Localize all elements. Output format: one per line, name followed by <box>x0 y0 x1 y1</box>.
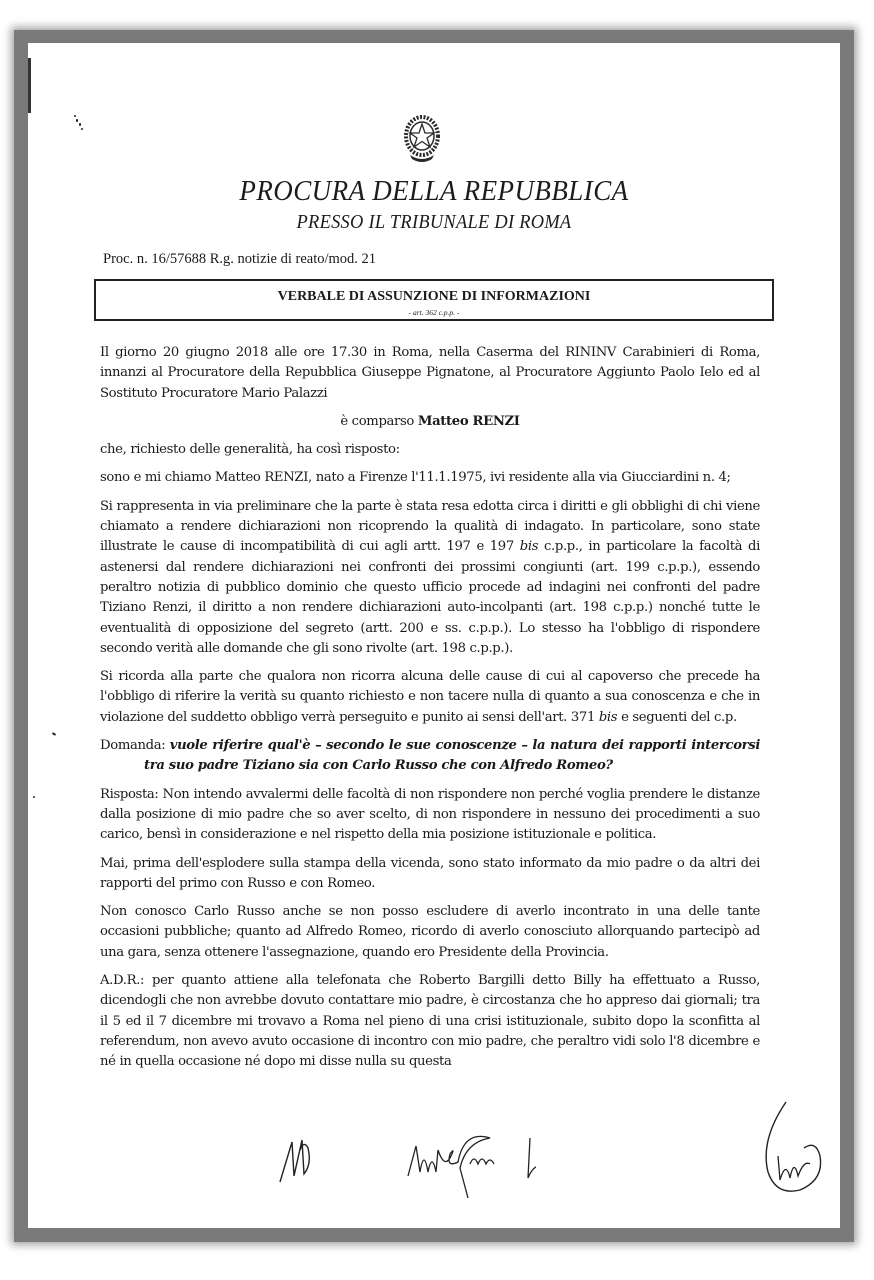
scan-speck <box>33 796 35 798</box>
generalities-prompt: che, richiesto delle generalità, ha così… <box>100 440 760 460</box>
reminder-paragraph: Si ricorda alla parte che qualora non ri… <box>100 667 760 728</box>
document-body: Il giorno 20 giugno 2018 alle ore 17.30 … <box>100 343 760 1081</box>
answer-paragraph-1: Risposta: Non intendo avvalermi delle fa… <box>100 785 760 846</box>
scan-edge-mark <box>28 58 31 113</box>
appeared-prefix: è comparso <box>340 414 417 429</box>
reminder-bis: bis <box>599 710 617 725</box>
record-title: VERBALE DI ASSUNZIONE DI INFORMAZIONI <box>96 289 772 305</box>
document-page: PROCURA DELLA REPUBBLICA PRESSO IL TRIBU… <box>28 43 840 1228</box>
reminder-text-2: e seguenti del c.p. <box>617 710 737 725</box>
intro-paragraph: Il giorno 20 giugno 2018 alle ore 17.30 … <box>100 343 760 404</box>
office-title: PROCURA DELLA REPUBBLICA <box>56 175 811 208</box>
signature-circled-initials-icon <box>758 1100 828 1200</box>
question-paragraph: Domanda: vuole riferire qual'è – secondo… <box>100 736 760 777</box>
rights-paragraph: Si rappresenta in via preliminare che la… <box>100 497 760 659</box>
proceeding-number: Proc. n. 16/57688 R.g. notizie di reato/… <box>103 251 376 268</box>
appeared-name: Matteo RENZI <box>418 414 520 429</box>
office-subtitle: PRESSO IL TRIBUNALE DI ROMA <box>60 211 807 234</box>
scan-speck <box>74 115 76 117</box>
italian-republic-emblem-icon <box>402 113 442 165</box>
scan-speck <box>52 732 56 736</box>
rights-bis: bis <box>520 539 538 554</box>
record-legal-reference: - art. 362 c.p.p. - <box>96 308 772 317</box>
adr-paragraph: A.D.R.: per quanto attiene alla telefona… <box>100 971 760 1072</box>
signature-main-icon <box>406 1128 536 1198</box>
rights-text-2: c.p.p., in particolare la facoltà di ast… <box>100 539 760 655</box>
signatures-row <box>28 1128 840 1218</box>
scan-speck <box>76 119 78 122</box>
question-label: Domanda: <box>100 738 170 753</box>
answer-paragraph-2: Mai, prima dell'esplodere sulla stampa d… <box>100 854 760 895</box>
question-text: vuole riferire qual'è – secondo le sue c… <box>144 738 760 773</box>
scan-speck <box>79 123 81 126</box>
appeared-line: è comparso Matteo RENZI <box>100 412 760 432</box>
signature-initials-icon <box>278 1136 318 1186</box>
record-title-box: VERBALE DI ASSUNZIONE DI INFORMAZIONI - … <box>94 279 774 321</box>
scan-speck <box>81 128 83 130</box>
answer-paragraph-3: Non conosco Carlo Russo anche se non pos… <box>100 902 760 963</box>
generalities-paragraph: sono e mi chiamo Matteo RENZI, nato a Fi… <box>100 468 760 488</box>
